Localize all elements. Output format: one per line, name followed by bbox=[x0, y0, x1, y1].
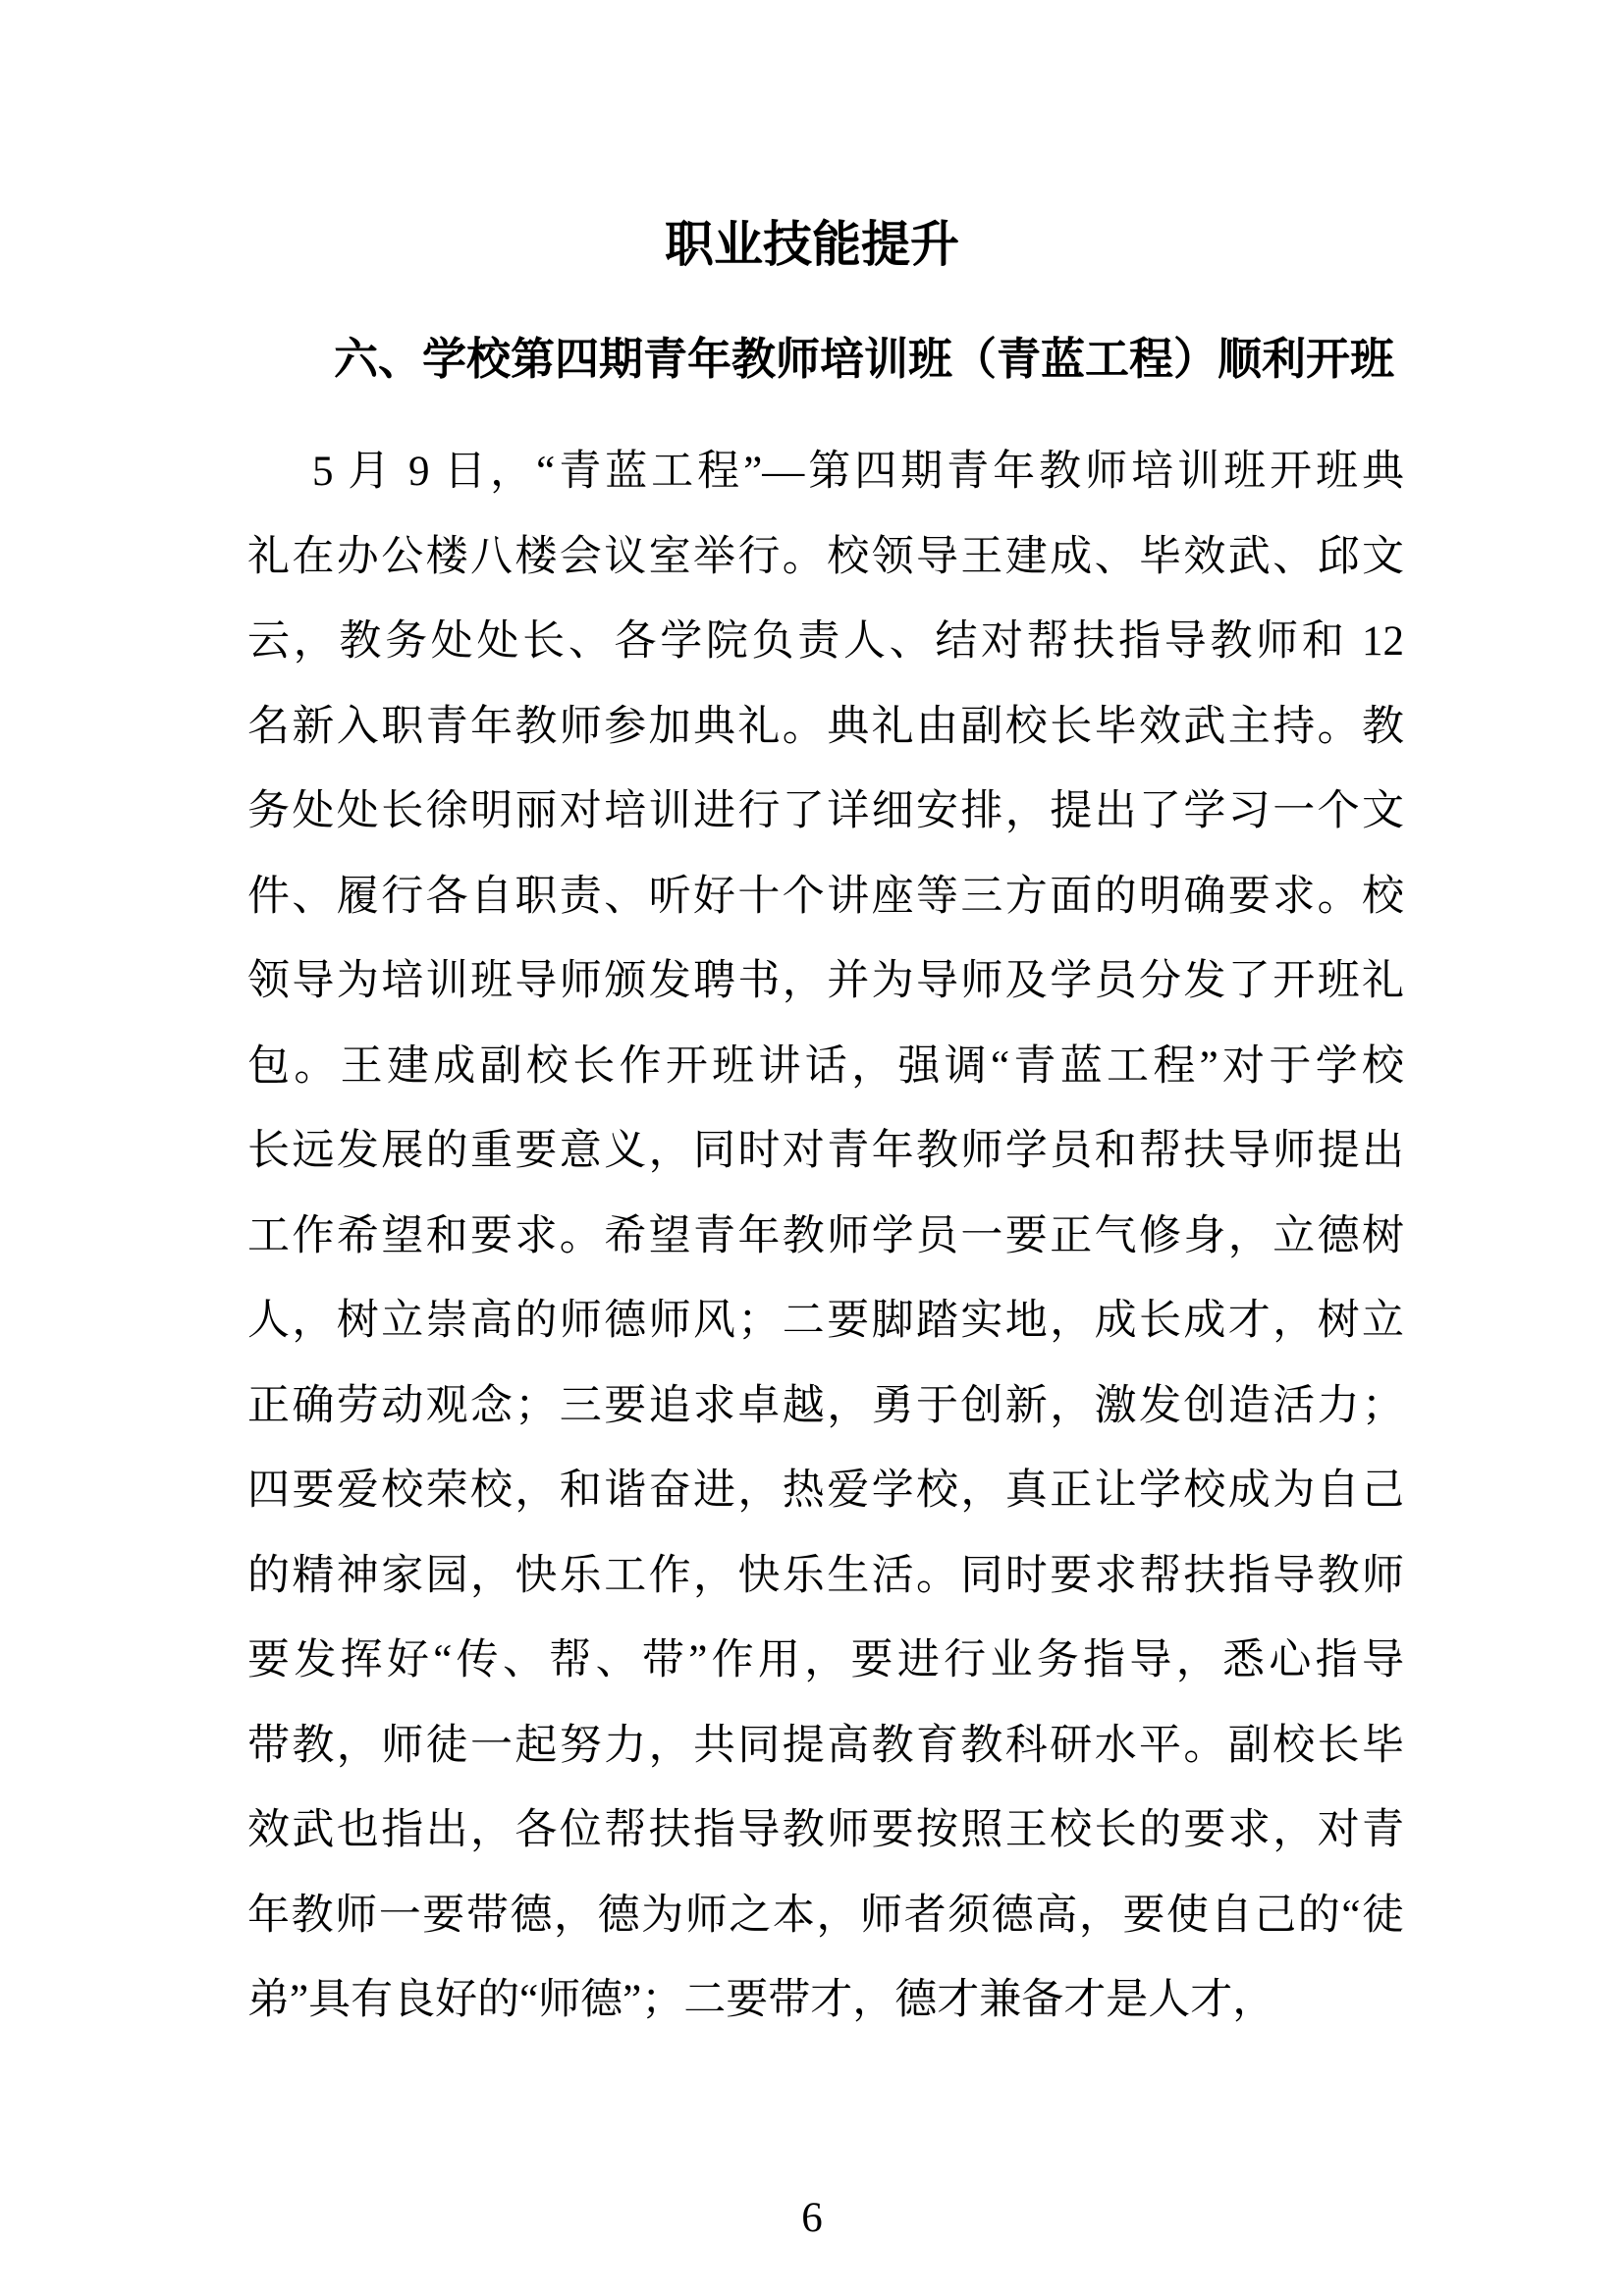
body-line: 名新入职青年教师参加典礼。典礼由副校长毕效武主持。教 bbox=[247, 685, 1404, 771]
body-line: 5 月 9 日，“青蓝工程”—第四期青年教师培训班开班典 bbox=[247, 430, 1404, 515]
body-line: 年教师一要带德，德为师之本，师者须德高，要使自己的“徒 bbox=[247, 1874, 1404, 1959]
body-line: 要发挥好“传、帮、带”作用，要进行业务指导，悉心指导 bbox=[247, 1619, 1404, 1704]
page-title: 职业技能提升 bbox=[0, 215, 1624, 274]
body-line: 长远发展的重要意义，同时对青年教师学员和帮扶导师提出 bbox=[247, 1109, 1404, 1195]
page-number: 6 bbox=[0, 2197, 1624, 2239]
body-line: 弟”具有良好的“师德”；二要带才，德才兼备才是人才， bbox=[247, 1958, 1404, 2044]
body-line: 人，树立崇高的师德师风；二要脚踏实地，成长成才，树立 bbox=[247, 1279, 1404, 1364]
body-line: 云，教务处处长、各学院负责人、结对帮扶指导教师和 12 bbox=[247, 600, 1404, 685]
body-line: 包。王建成副校长作开班讲话，强调“青蓝工程”对于学校 bbox=[247, 1025, 1404, 1110]
body-line: 效武也指出，各位帮扶指导教师要按照王校长的要求，对青 bbox=[247, 1789, 1404, 1874]
body-line: 的精神家园，快乐工作，快乐生活。同时要求帮扶指导教师 bbox=[247, 1534, 1404, 1620]
body-line: 领导为培训班导师颁发聘书，并为导师及学员分发了开班礼 bbox=[247, 939, 1404, 1025]
body-line: 正确劳动观念；三要追求卓越，勇于创新，激发创造活力； bbox=[247, 1364, 1404, 1450]
body-line: 件、履行各自职责、听好十个讲座等三方面的明确要求。校 bbox=[247, 855, 1404, 940]
body-line: 四要爱校荣校，和谐奋进，热爱学校，真正让学校成为自己 bbox=[247, 1449, 1404, 1534]
body-line: 务处处长徐明丽对培训进行了详细安排，提出了学习一个文 bbox=[247, 770, 1404, 855]
body-line: 工作希望和要求。希望青年教师学员一要正气修身，立德树 bbox=[247, 1195, 1404, 1280]
document-page: 职业技能提升 六、学校第四期青年教师培训班（青蓝工程）顺利开班 5 月 9 日，… bbox=[0, 0, 1624, 2296]
body-line: 礼在办公楼八楼会议室举行。校领导王建成、毕效武、邱文 bbox=[247, 515, 1404, 601]
section-heading: 六、学校第四期青年教师培训班（青蓝工程）顺利开班 bbox=[334, 334, 1394, 385]
body-paragraph: 5 月 9 日，“青蓝工程”—第四期青年教师培训班开班典 礼在办公楼八楼会议室举… bbox=[247, 430, 1404, 2044]
body-line: 带教，师徒一起努力，共同提高教育教科研水平。副校长毕 bbox=[247, 1704, 1404, 1789]
